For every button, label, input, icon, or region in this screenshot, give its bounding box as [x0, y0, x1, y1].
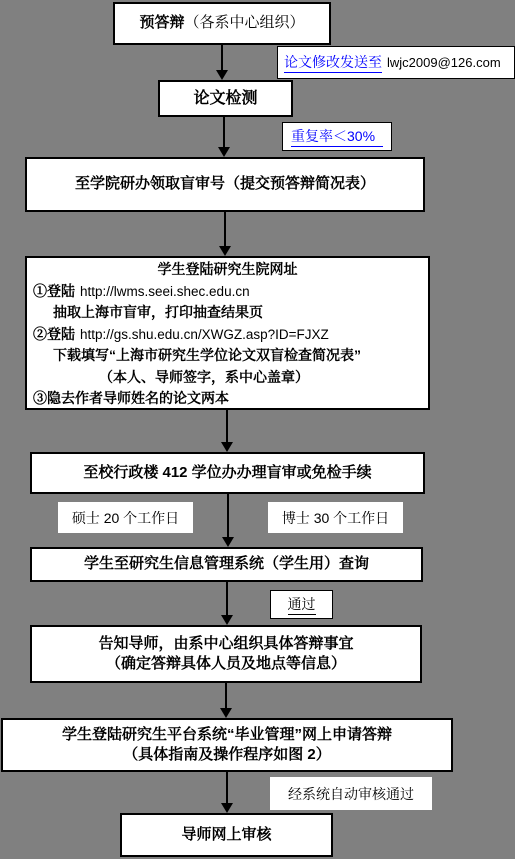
flow-arrow-7	[225, 683, 227, 708]
flow-arrow-8	[226, 772, 228, 803]
website-step2-label: ②登陆	[33, 326, 75, 342]
info-query-text: 学生至研究生信息管理系统（学生用）查询	[84, 554, 369, 574]
duplication-rate-link[interactable]: 重复率＜30%	[291, 126, 383, 147]
email-link[interactable]: 论文修改发送至	[284, 52, 382, 73]
flow-arrow-1	[221, 45, 223, 70]
degree-office-text: 至校行政楼 412 学位办办理盲审或免检手续	[83, 463, 371, 483]
pass-annotation: 通过	[270, 590, 333, 619]
master-duration-annotation: 硕士 20 个工作日	[58, 502, 193, 533]
email-address: lwjc2009@126.com	[387, 55, 501, 70]
flow-box-advisor-review: 导师网上审核	[120, 813, 333, 857]
flow-box-notify-advisor: 告知导师，由系中心组织具体答辩事宜 （确定答辩具体人员及地点等信息）	[30, 625, 422, 683]
flow-box-apply-defense: 学生登陆研究生平台系统“毕业管理”网上申请答辩 （具体指南及操作程序如图 2）	[1, 718, 453, 772]
notify-advisor-line2: （确定答辩具体人员及地点等信息）	[106, 654, 346, 674]
blind-number-text: 至学院研办领取盲审号（提交预答辩简况表）	[75, 174, 375, 194]
notify-advisor-line1: 告知导师，由系中心组织具体答辩事宜	[98, 634, 353, 654]
pre-defense-subtitle: （各系中心组织）	[185, 14, 305, 31]
apply-defense-line1: 学生登陆研究生平台系统“毕业管理”网上申请答辩	[62, 725, 392, 745]
flow-arrow-4	[226, 410, 228, 442]
advisor-review-text: 导师网上审核	[181, 825, 271, 845]
website-step1-url: http://lwms.seei.shec.edu.cn	[80, 284, 250, 299]
website-step2-note: （本人、导师签字，系中心盖章）	[27, 367, 428, 389]
website-step1-detail: 抽取上海市盲审，打印抽查结果页	[27, 302, 428, 324]
website-step3: ③隐去作者导师姓名的论文两本	[27, 388, 428, 410]
website-title: 学生登陆研究生院网址	[27, 259, 428, 281]
flow-arrow-3	[224, 212, 226, 246]
website-step2: ②登陆http://gs.shu.edu.cn/XWGZ.asp?ID=FJXZ	[27, 324, 428, 346]
flow-box-blind-number: 至学院研办领取盲审号（提交预答辩简况表）	[25, 157, 425, 212]
flow-box-degree-office: 至校行政楼 412 学位办办理盲审或免检手续	[30, 452, 425, 494]
flowchart-canvas: 预答辩（各系中心组织） 论文修改发送至 lwjc2009@126.com 论文检…	[0, 0, 515, 859]
flow-arrow-5	[227, 494, 229, 537]
flow-box-info-query: 学生至研究生信息管理系统（学生用）查询	[30, 547, 423, 582]
flow-box-thesis-check: 论文检测	[158, 80, 293, 117]
pre-defense-text: 预答辩（各系中心组织）	[139, 13, 304, 33]
website-step2-url: http://gs.shu.edu.cn/XWGZ.asp?ID=FJXZ	[80, 327, 329, 342]
duplication-rate-annotation: 重复率＜30%	[282, 122, 392, 151]
doctor-duration-annotation: 博士 30 个工作日	[268, 502, 403, 533]
apply-defense-line2: （具体指南及操作程序如图 2）	[123, 745, 331, 765]
flow-box-pre-defense: 预答辩（各系中心组织）	[113, 2, 331, 45]
website-step2-detail: 下载填写“上海市研究生学位论文双盲检查简况表”	[27, 345, 428, 367]
auto-approved-annotation: 经系统自动审核通过	[270, 777, 432, 810]
flow-box-website-steps: 学生登陆研究生院网址 ①登陆http://lwms.seei.shec.edu.…	[25, 256, 430, 410]
email-annotation: 论文修改发送至 lwjc2009@126.com	[277, 46, 515, 79]
doctor-duration-text: 博士 30 个工作日	[282, 508, 389, 528]
flow-arrow-2	[223, 117, 225, 147]
website-step1: ①登陆http://lwms.seei.shec.edu.cn	[27, 281, 428, 303]
thesis-check-text: 论文检测	[193, 88, 257, 110]
master-duration-text: 硕士 20 个工作日	[72, 508, 179, 528]
pass-text: 通过	[288, 594, 316, 615]
flow-arrow-6	[226, 582, 228, 615]
website-step1-label: ①登陆	[33, 283, 75, 299]
auto-approved-text: 经系统自动审核通过	[288, 784, 414, 804]
pre-defense-title: 预答辩	[139, 14, 184, 31]
